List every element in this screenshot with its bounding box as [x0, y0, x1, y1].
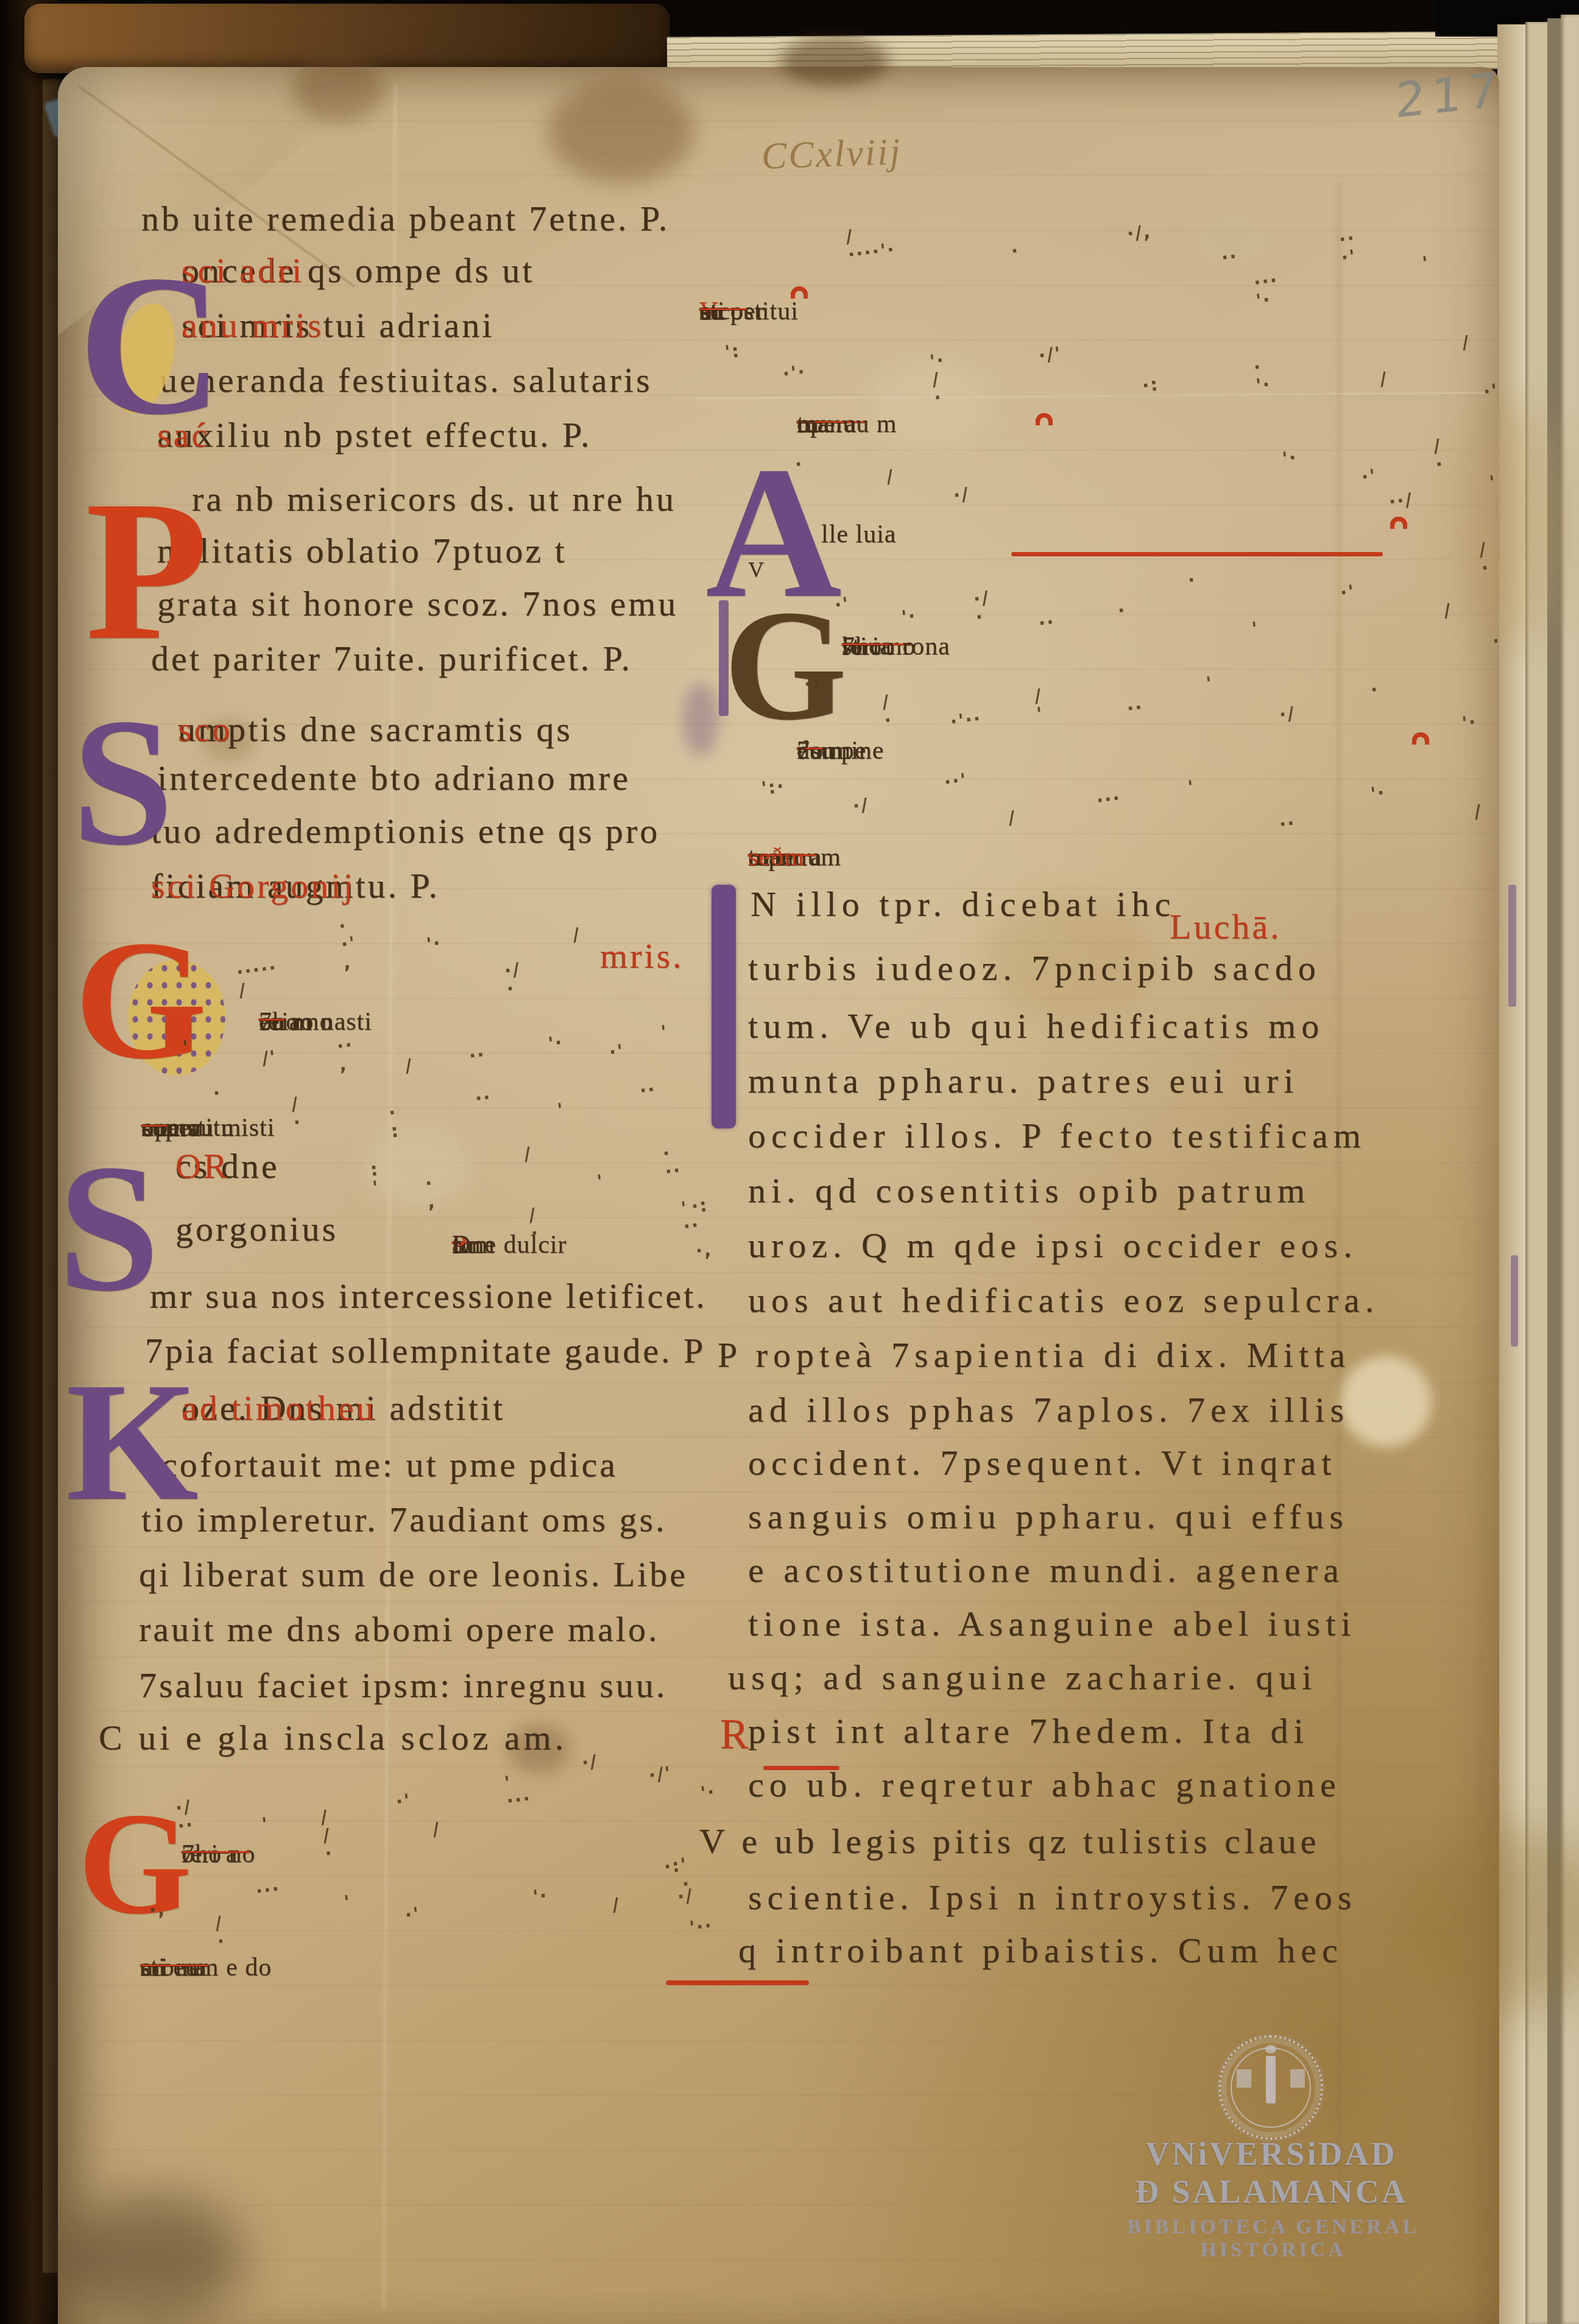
- neume-cluster: ·/: [1278, 705, 1296, 725]
- neume-cluster: '·: [699, 1784, 716, 1804]
- parchment-stain: [780, 37, 889, 85]
- neume-cluster: '·: [532, 1887, 549, 1907]
- body-text: tione ista. Asanguine abel iusti: [748, 1606, 1356, 1642]
- watermark-library-line: BIBLIOTECA GENERAL HISTÓRICA: [1072, 2216, 1474, 2262]
- body-text: occident. 7psequent. Vt inqrat: [748, 1445, 1337, 1481]
- neume-cluster: ···: [1095, 790, 1122, 811]
- body-text: uroz. Q m qde ipsi occider eos.: [748, 1228, 1358, 1263]
- neume-cluster: ·:: [1141, 375, 1160, 395]
- neume-cluster: ·/,: [1126, 223, 1152, 244]
- neume-cluster: ·/': [1037, 345, 1062, 366]
- neume-cluster: ····· /: [236, 959, 281, 1001]
- parchment-stain: [61, 2194, 244, 2324]
- ink-rule: [1508, 885, 1516, 1007]
- body-text: usq; ad sanguine zacharie. qui: [728, 1660, 1317, 1695]
- seal-crown: [1265, 2045, 1276, 2053]
- folio-number-ink: CCxlviij: [761, 130, 903, 179]
- seal-detail: [1237, 2069, 1251, 2088]
- neume-cluster: ·:: [690, 1196, 709, 1216]
- parchment-stain: [1340, 1356, 1432, 1447]
- neume-cluster: ·/: [952, 486, 970, 506]
- illuminated-initial-C: C: [78, 255, 223, 436]
- rubric-text: OR: [175, 1149, 230, 1184]
- neume-cluster: '··: [688, 1917, 713, 1938]
- neume-cluster: '·: [1461, 714, 1478, 734]
- neume-cluster: ':·: [760, 778, 786, 798]
- neume-cluster: /': [261, 1049, 278, 1069]
- parchment-stain: [548, 79, 694, 183]
- body-text: ueneranda festiuitas. salutaris: [160, 363, 652, 398]
- neume-cluster: ·/': [648, 1765, 673, 1785]
- rubric-text: —: [259, 1005, 280, 1030]
- neume-cluster: ··: [474, 1088, 492, 1108]
- rubric-text: Luchā.: [1170, 909, 1281, 944]
- neume-cluster: /····'·: [845, 222, 897, 264]
- body-text: co ub. reqretur abhac gnatione: [748, 1767, 1341, 1802]
- neume-cluster: ·/: [581, 1753, 599, 1773]
- body-text: P ropteà 7sapientia di dix. Mitta: [718, 1337, 1351, 1373]
- neume-cluster: ·/: [676, 1887, 694, 1907]
- neume-cluster: '·: [1281, 449, 1298, 469]
- neume-cluster: '·: [425, 935, 442, 955]
- neume-cluster: ···: [255, 1880, 281, 1902]
- watermark-university-line2: Ð SALAMANCA: [1128, 2173, 1415, 2211]
- body-text: qi liberat sum de ore leonis. Libe: [139, 1557, 688, 1592]
- body-text: rauit me dns abomi opere malo.: [139, 1612, 659, 1647]
- body-text: intercedente bto adriano mre: [157, 760, 631, 796]
- rubric-text: ad timotheu: [182, 1391, 376, 1426]
- neume-cluster: ·': [404, 1905, 421, 1925]
- body-text: mr sua nos intercessione letificet.: [150, 1278, 707, 1314]
- body-text: gorgonius: [175, 1211, 338, 1247]
- neume-cluster: ··: [1278, 814, 1296, 834]
- body-text: det pariter 7uite. purificet. P.: [151, 641, 632, 676]
- ink-rule: [719, 600, 729, 716]
- illuminated-initial-G: G: [724, 594, 847, 737]
- body-text: scientie. Ipsi n introystis. 7eos: [748, 1880, 1357, 1915]
- body-text: sanguis omiu ppharu. qui effus: [748, 1499, 1349, 1534]
- parchment-stain: [1450, 402, 1572, 646]
- body-text: pist int altare 7hedem. Ita di: [748, 1713, 1309, 1749]
- neume-cluster: ··: [468, 1046, 486, 1066]
- body-text: nb uite remedia pbeant 7etne. P.: [141, 201, 669, 236]
- body-text: N illo tpr. dicebat ihc: [751, 887, 1176, 922]
- body-text: tio impleretur. 7audiant oms gs.: [141, 1502, 667, 1537]
- ink-rule: [1511, 1255, 1518, 1347]
- arch-stroke: [791, 286, 808, 299]
- watermark-university-line1: VNiVERSiDAD: [1128, 2135, 1415, 2173]
- rubric-text: sco: [178, 712, 232, 747]
- parchment-stain: [292, 55, 384, 122]
- neume-cluster: ·'·: [782, 363, 807, 384]
- body-text: 7saluu faciet ipsm: inregnu suu.: [139, 1668, 667, 1703]
- body-text: C ui e gla inscla scloz am.: [99, 1720, 567, 1755]
- illuminated-initial-P: P: [85, 480, 208, 661]
- neume-cluster: '·: [900, 608, 917, 628]
- illuminated-initial-G: G: [78, 1798, 192, 1929]
- neume-cluster: ·/: [852, 796, 870, 817]
- arch-stroke: [1036, 413, 1053, 425]
- neume-cluster: ··: [1037, 613, 1056, 633]
- body-text: ni. qd cosentitis opib patrum: [748, 1173, 1310, 1208]
- seal-detail: [1290, 2069, 1305, 2088]
- neume-cluster: ':: [724, 342, 741, 363]
- neume-cluster: ·': [608, 1043, 625, 1063]
- body-text: umptis dne sacramtis qs: [178, 712, 573, 747]
- body-text: militatis oblatio 7ptuoz t: [157, 533, 567, 569]
- rubric-text: sci Gorgonij: [151, 868, 355, 904]
- body-text: grata sit honore scoz. 7nos emu: [157, 586, 678, 622]
- neume-cluster: '·: [1369, 784, 1386, 804]
- neume-cluster: ·': [1360, 467, 1377, 487]
- neume-cluster: ·'··: [949, 710, 983, 732]
- arch-stroke: [1412, 732, 1429, 745]
- neume-cluster: ··: [638, 1080, 657, 1100]
- neume-cluster: '·: [547, 1034, 564, 1054]
- body-text: 7pia faciat sollempnitate gaude. P: [145, 1333, 705, 1369]
- body-text: V e ub legis pitis qz tulistis claue: [699, 1824, 1320, 1859]
- ink-rule: [1011, 552, 1383, 556]
- neume-cluster: ·:: [803, 674, 822, 694]
- body-text: uos aut hedificatis eoz sepulcra.: [748, 1283, 1379, 1318]
- body-text: munta ppharu. patres eui uri: [748, 1063, 1299, 1099]
- body-text: occider illos. P fecto testificam: [748, 1118, 1366, 1153]
- rubric-text: R: [720, 1713, 749, 1756]
- body-text: tum. Ve ub qui hedificatis mo: [748, 1008, 1324, 1044]
- ink-rule: [763, 1766, 839, 1770]
- neume-cluster: ··: [1126, 698, 1144, 718]
- illuminated-initial-K: K: [66, 1365, 199, 1518]
- illuminated-initial-I: [712, 885, 736, 1128]
- illuminated-initial-S: S: [72, 700, 174, 864]
- seal-figure: [1266, 2056, 1276, 2103]
- body-text: turbis iudeoz. 7pncipib sacdo: [748, 951, 1321, 986]
- neume-cluster: ·,: [148, 1900, 166, 1920]
- rubric-text: mris.: [600, 938, 684, 974]
- body-text: 7cofortauit me: ut pme pdica: [141, 1447, 618, 1483]
- body-text: e acostitutione mundi. agenera: [748, 1553, 1344, 1588]
- neume-cluster: ' ···: [503, 1772, 532, 1811]
- neume-cluster: ·': [833, 595, 850, 615]
- neume-cluster: ·:': [663, 1856, 688, 1877]
- neume-cluster: ·': [1482, 382, 1499, 402]
- ink-rule: [666, 1980, 809, 1985]
- arch-stroke: [1390, 517, 1407, 529]
- parchment-stain: [682, 682, 719, 756]
- neume-cluster: ··· '·: [1252, 272, 1281, 311]
- rubric-text: ———: [140, 1950, 204, 1976]
- body-text: q introibant pibaistis. Cum hec: [738, 1933, 1343, 1968]
- illuminated-initial-S: S: [58, 1146, 160, 1310]
- rubric-text: ——: [699, 294, 742, 320]
- body-text: Dne dulcir: [452, 1232, 567, 1258]
- neume-cluster: ·': [1339, 583, 1356, 603]
- neume-cluster: ·,: [694, 1241, 713, 1261]
- neume-cluster: ··': [943, 771, 968, 792]
- manuscript-scan: nb uite remedia pbeant 7etne. P.oncede q…: [0, 0, 1579, 2324]
- neume-cluster: ·': [395, 1792, 412, 1812]
- neume-cluster: ··/: [1388, 491, 1414, 512]
- body-text: ad illos pphas 7aplos. 7ex illis: [748, 1392, 1349, 1428]
- body-text: ra nb misericors ds. ut nre hu: [192, 481, 676, 517]
- neume-cluster: ··: [1220, 247, 1238, 267]
- folio-number-pencil: 217: [1395, 62, 1503, 129]
- library-seal: [1218, 2035, 1323, 2140]
- body-text: tuo adredemptionis etne qs pro: [151, 813, 660, 849]
- rubric-text: seðm: [748, 845, 805, 870]
